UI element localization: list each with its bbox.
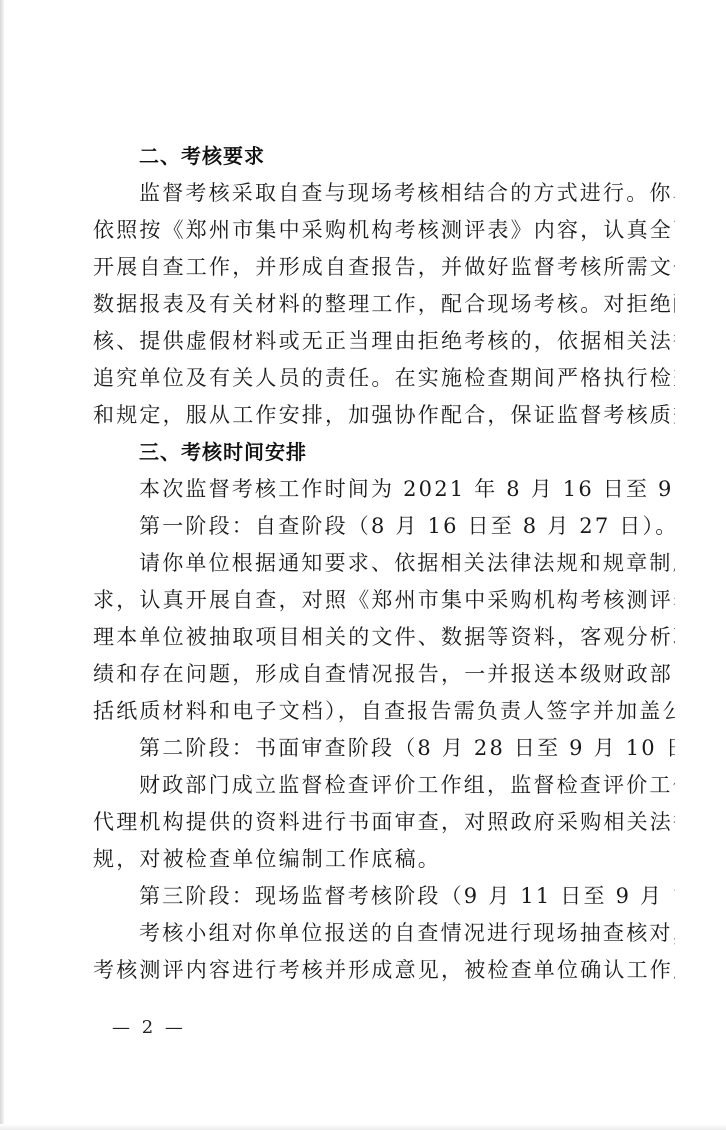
paragraph-line: 和规定，服从工作安排，加强协作配合，保证监督考核质效。 — [93, 397, 675, 434]
schedule-intro: 本次监督考核工作时间为 2021 年 8 月 16 日至 9 月 26 日。 — [93, 471, 675, 508]
paragraph-line: 核、提供虚假材料或无正当理由拒绝考核的，依据相关法律法规 — [93, 323, 675, 360]
paragraph-line: 括纸质材料和电子文档），自查报告需负责人签字并加盖公章。 — [93, 693, 675, 730]
section-heading-schedule: 三、考核时间安排 — [93, 434, 675, 471]
paragraph-line: 依照按《郑州市集中采购机构考核测评表》内容，认真全面组织 — [93, 212, 675, 249]
paragraph-line: 考核测评内容进行考核并形成意见，被检查单位确认工作底稿并 — [93, 952, 675, 989]
stage3-title: 第三阶段：现场监督考核阶段（9 月 11 日至 9 月 16 日）。 — [93, 878, 675, 915]
paragraph-line: 理本单位被抽取项目相关的文件、数据等资料，客观分析取得成 — [93, 619, 675, 656]
paragraph-line: 考核小组对你单位报送的自查情况进行现场抽查核对，并按 — [93, 915, 675, 952]
stage2-title: 第二阶段：书面审查阶段（8 月 28 日至 9 月 10 日）。 — [93, 730, 675, 767]
paragraph-line: 数据报表及有关材料的整理工作，配合现场考核。对拒绝配合考 — [93, 286, 675, 323]
paragraph-line: 代理机构提供的资料进行书面审查，对照政府采购相关法律法 — [93, 804, 675, 841]
paragraph-line: 追究单位及有关人员的责任。在实施检查期间严格执行检查规程 — [93, 360, 675, 397]
paragraph-line: 规，对被检查单位编制工作底稿。 — [93, 841, 675, 878]
paragraph-line: 求，认真开展自查，对照《郑州市集中采购机构考核测评表》整 — [93, 582, 675, 619]
section-heading-requirements: 二、考核要求 — [93, 138, 675, 175]
paragraph-line: 监督考核采取自查与现场考核相结合的方式进行。你单位应 — [93, 175, 675, 212]
scan-left-edge — [0, 0, 4, 1130]
paragraph-line: 绩和存在问题，形成自查情况报告，一并报送本级财政部门（包 — [93, 656, 675, 693]
document-page: 二、考核要求 监督考核采取自查与现场考核相结合的方式进行。你单位应 依照按《郑州… — [93, 138, 675, 989]
page-number: — 2 — — [112, 1017, 186, 1038]
paragraph-line: 财政部门成立监督检查评价工作组，监督检查评价工作组对 — [93, 767, 675, 804]
stage1-title: 第一阶段：自查阶段（8 月 16 日至 8 月 27 日）。 — [93, 508, 675, 545]
paragraph-line: 开展自查工作，并形成自查报告，并做好监督考核所需文件档案、 — [93, 249, 675, 286]
scan-bottom-edge — [0, 1124, 726, 1130]
paragraph-line: 请你单位根据通知要求、依据相关法律法规和规章制度要 — [93, 545, 675, 582]
